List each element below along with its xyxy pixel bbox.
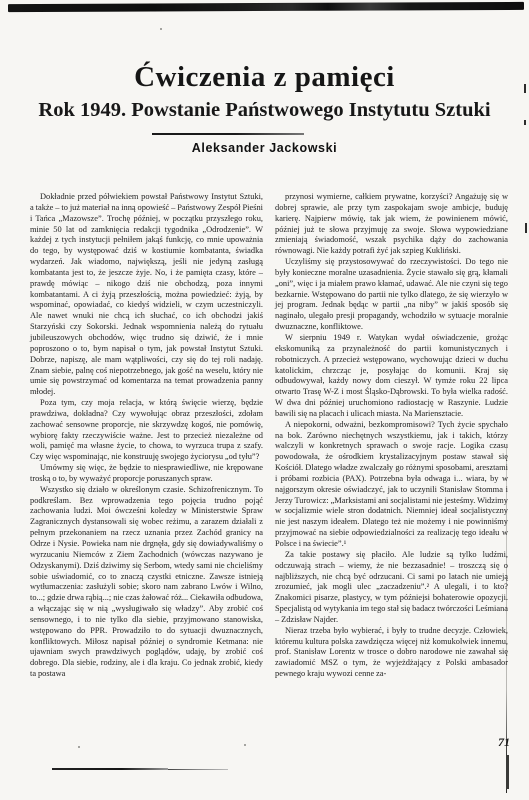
paragraph: przynosi wymierne, całkiem prywatne, kor… [275, 192, 508, 257]
scan-artifact-edge-mark [506, 755, 509, 789]
scan-artifact-top-bar [8, 2, 524, 12]
page-number: 71 [470, 735, 510, 750]
scanned-journal-page: Ćwiczenia z pamięci Rok 1949. Powstanie … [0, 0, 529, 800]
scan-artifact-speck [78, 746, 80, 748]
right-column: przynosi wymierne, całkiem prywatne, kor… [275, 192, 508, 680]
paragraph: Nieraz trzeba było wybierać, i były to t… [275, 626, 508, 680]
paragraph: Wszystko się działo w określonym czasie.… [30, 485, 263, 680]
scan-artifact-edge-mark [525, 223, 527, 233]
article-title: Ćwiczenia z pamięci [0, 61, 529, 94]
paragraph: Poza tym, czy moja relacja, w którą świę… [30, 398, 263, 463]
paragraph: A niepokorni, odważni, bezkompromisowi? … [275, 420, 508, 550]
footnote-separator-rule [52, 768, 168, 770]
paragraph: Uczyliśmy się przystosowywać do rzeczywi… [275, 257, 508, 333]
author-divider-rule [152, 133, 304, 135]
paragraph: W sierpniu 1949 r. Watykan wydał oświadc… [275, 333, 508, 420]
scan-artifact-speck [160, 28, 162, 30]
paragraph: Umówmy się więc, że będzie to niesprawie… [30, 463, 263, 485]
article-subtitle: Rok 1949. Powstanie Państwowego Instytut… [0, 99, 529, 122]
article-body: Dokładnie przed półwiekiem powstał Państ… [30, 192, 508, 680]
paragraph: Za takie postawy się płaciło. Ale ludzie… [275, 550, 508, 626]
author-name: Aleksander Jackowski [0, 141, 529, 155]
left-column: Dokładnie przed półwiekiem powstał Państ… [30, 192, 263, 680]
footnote-separator-rule-faded [168, 769, 228, 770]
scan-artifact-speck [244, 744, 246, 746]
paragraph: Dokładnie przed półwiekiem powstał Państ… [30, 192, 263, 398]
